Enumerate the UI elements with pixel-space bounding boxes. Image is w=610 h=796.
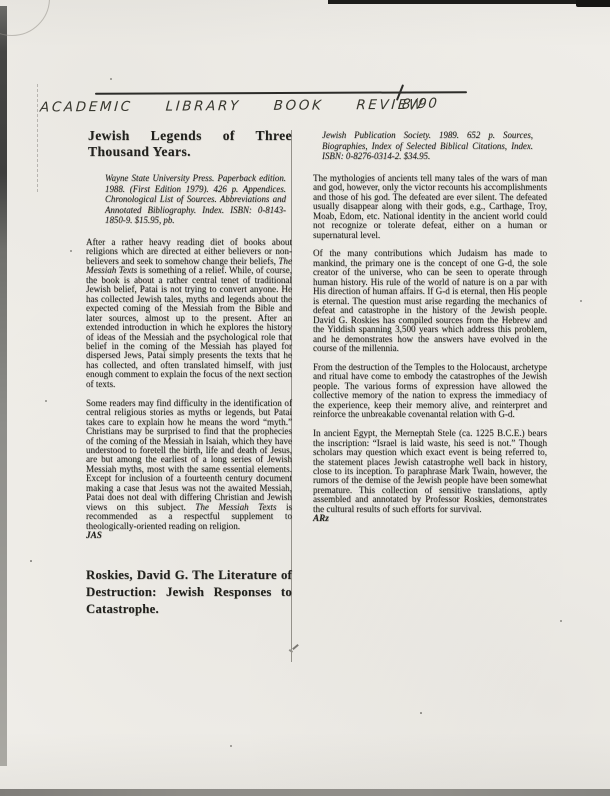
paragraph-text: After a rather heavy reading diet of boo… bbox=[86, 237, 292, 266]
review-paragraph: After a rather heavy reading diet of boo… bbox=[86, 238, 292, 389]
scan-speck bbox=[70, 250, 72, 252]
fold-mark bbox=[37, 84, 38, 192]
scanned-page: ACADEMIC LIBRARY BOOK REVIEW 8/90 Jewish… bbox=[0, 0, 610, 796]
scan-edge-artifact-left bbox=[0, 6, 7, 766]
scan-speck bbox=[580, 300, 582, 302]
scan-edge-artifact-top bbox=[328, 0, 610, 4]
scan-edge-artifact-top-blob bbox=[576, 0, 610, 7]
review-paragraph: In ancient Egypt, the Merneptah Stele (c… bbox=[313, 429, 547, 514]
reviewer-initials: ARz bbox=[313, 514, 547, 523]
bibliographic-citation: Jewish Publication Society. 1989. 652 p.… bbox=[322, 130, 533, 162]
scan-speck bbox=[230, 745, 232, 747]
paragraph-text: Some readers may find difficulty in the … bbox=[86, 398, 292, 512]
scan-speck bbox=[45, 400, 47, 402]
review-paragraph: Some readers may find difficulty in the … bbox=[86, 399, 292, 531]
stray-pen-mark bbox=[292, 644, 299, 650]
review-paragraph: Of the many contributions which Judaism … bbox=[313, 249, 547, 353]
scan-speck bbox=[110, 78, 112, 80]
scan-speck bbox=[420, 712, 422, 714]
scan-speck bbox=[30, 560, 32, 562]
review-paragraph: The mythologies of ancients tell many ta… bbox=[313, 174, 547, 240]
scan-speck bbox=[560, 620, 562, 622]
handwritten-title: ACADEMIC LIBRARY BOOK REVIEW bbox=[40, 97, 461, 116]
bibliographic-citation: Wayne State University Press. Paperback … bbox=[105, 173, 286, 226]
handwritten-underline bbox=[95, 91, 467, 95]
page-corner-curl bbox=[0, 0, 50, 36]
next-review-heading: Roskies, David G. The Literature of Dest… bbox=[86, 567, 292, 618]
paragraph-text: is something of a relief. While, of cour… bbox=[86, 265, 292, 388]
review-paragraph: From the destruction of the Temples to t… bbox=[313, 363, 547, 420]
handwritten-date: 8/90 bbox=[401, 95, 438, 112]
reviewer-initials: JAS bbox=[86, 531, 292, 540]
right-column: Jewish Publication Society. 1989. 652 p.… bbox=[313, 128, 547, 524]
scan-edge-artifact-bottom bbox=[0, 789, 610, 796]
review-title: Jewish Legends of Three Thousand Years. bbox=[88, 128, 292, 160]
left-column: Jewish Legends of Three Thousand Years. … bbox=[86, 128, 292, 618]
